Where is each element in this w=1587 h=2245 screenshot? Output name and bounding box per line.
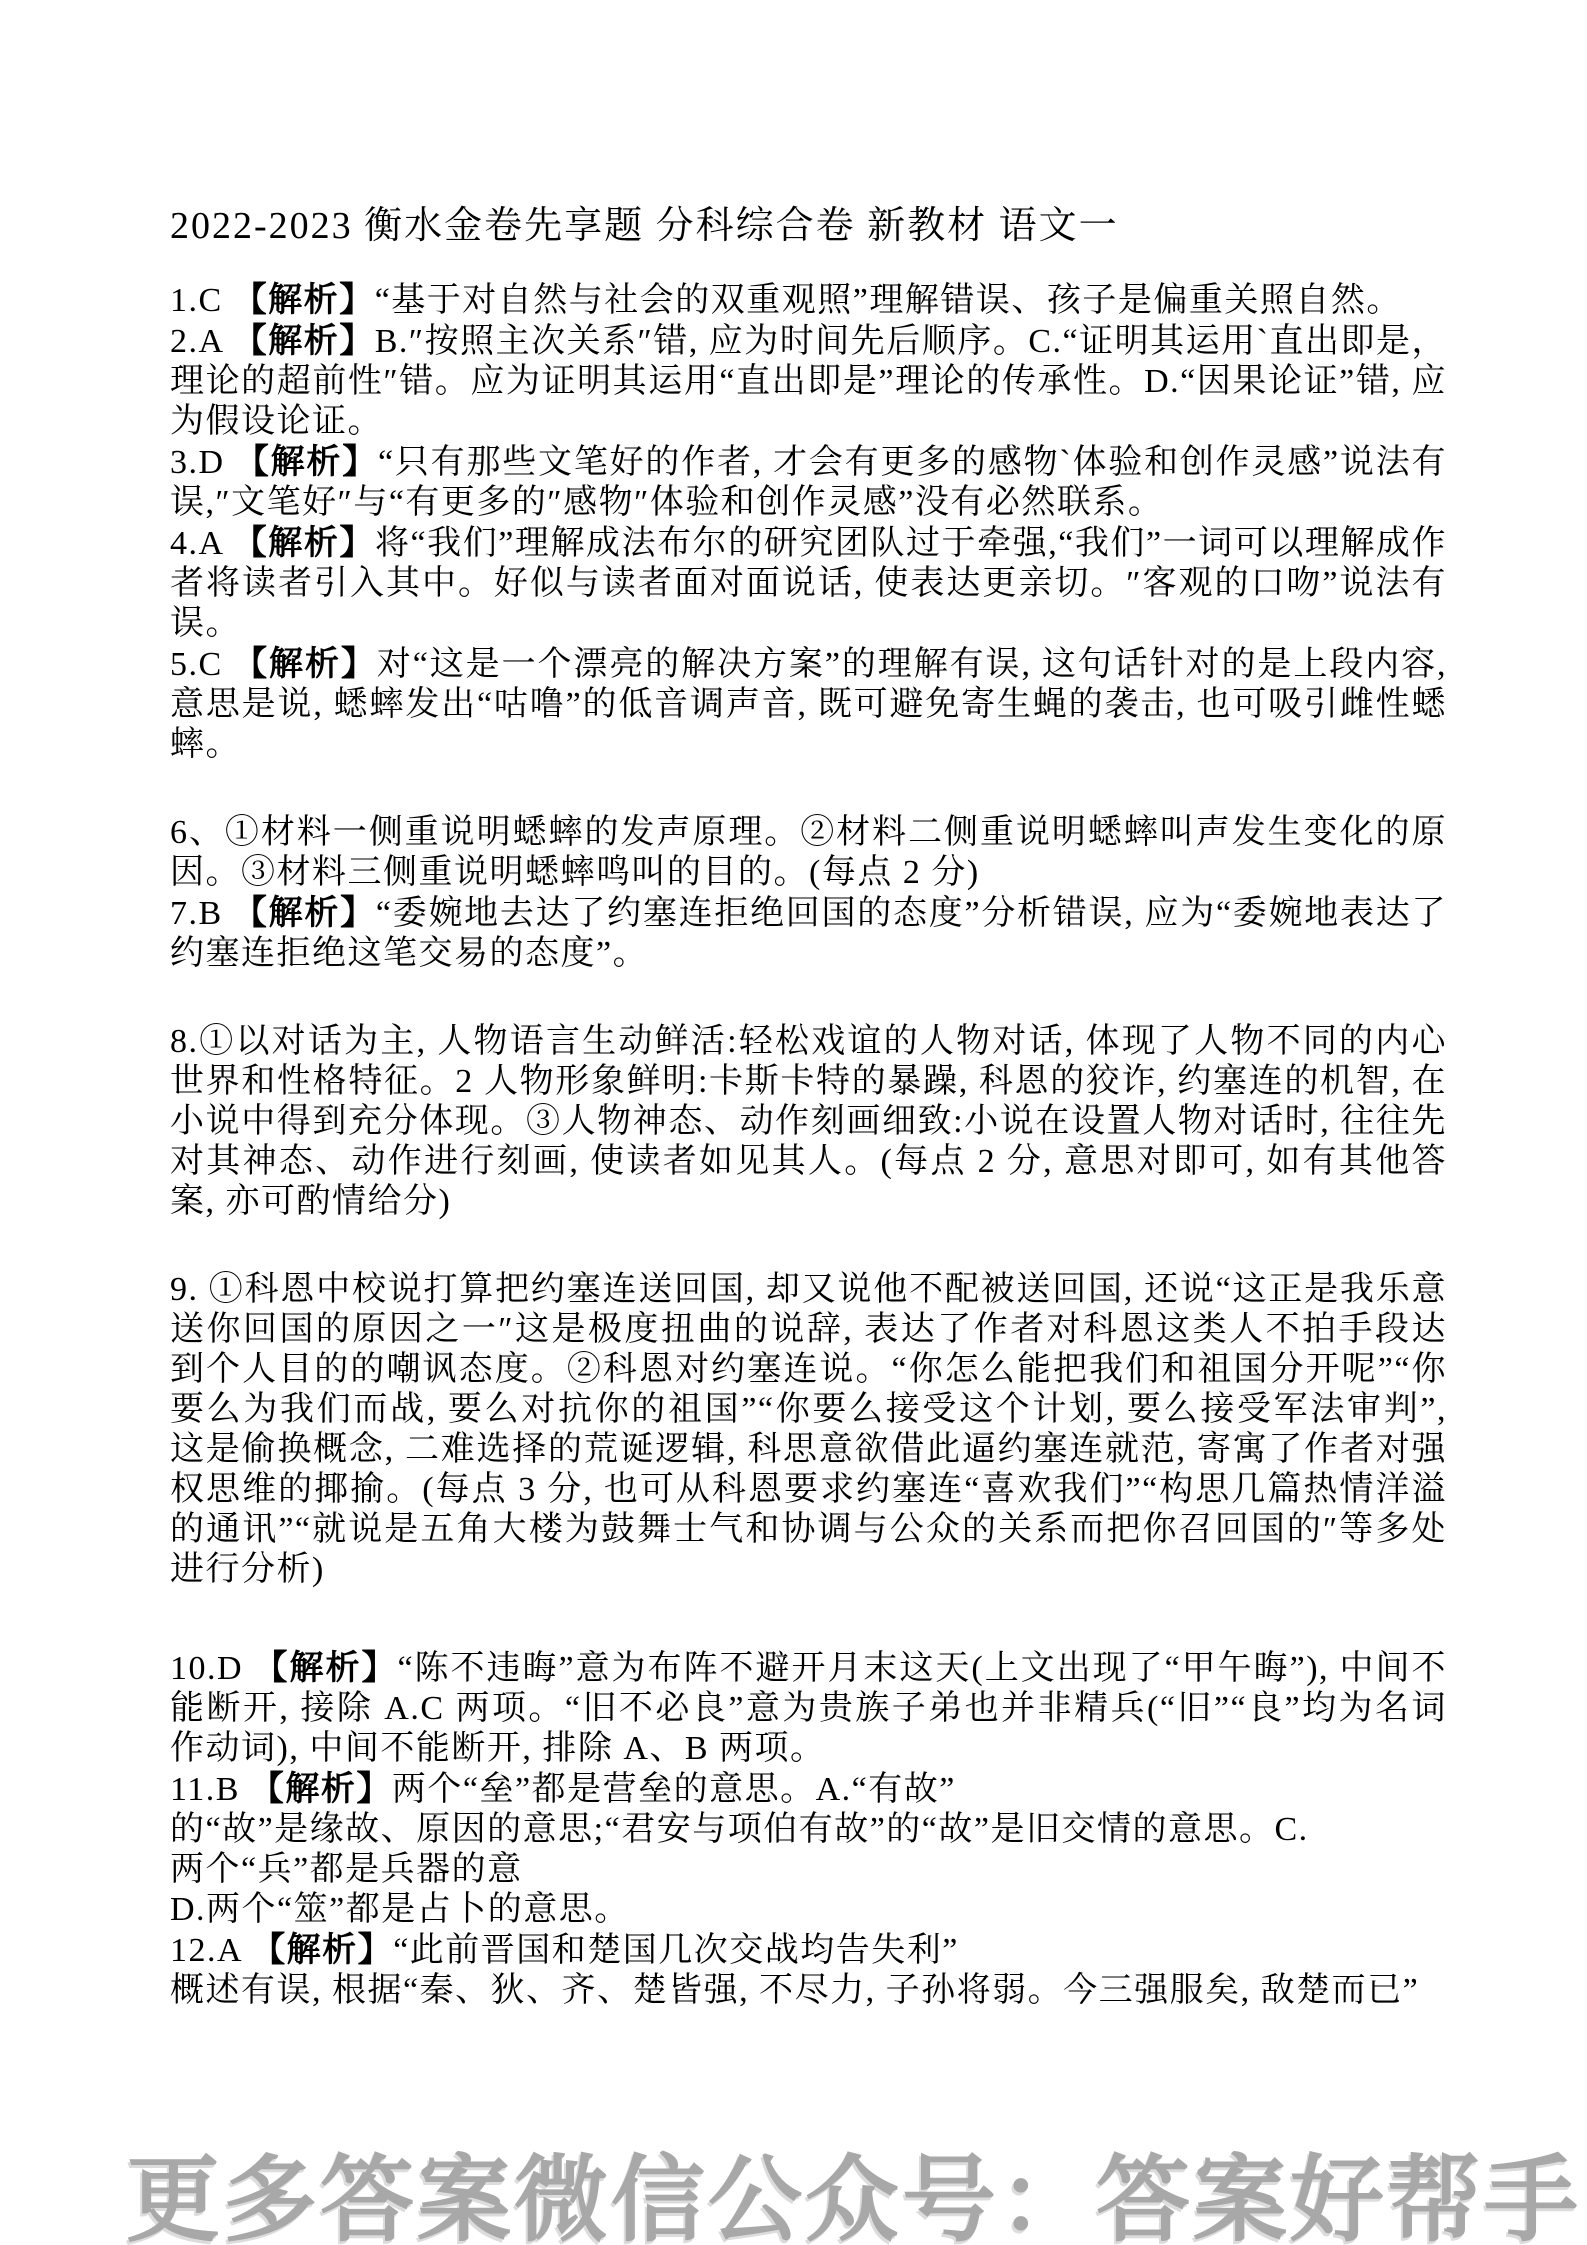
answer-11-line2: 的“故”是缘故、原因的意思;“君安与项伯有故”的“故”是旧交情的意思。C.	[170, 1810, 1447, 1850]
watermark-wechat-banner: 更多答案微信公众号：答案好帮手	[126, 2154, 1581, 2245]
answer-12-line1: 12.A 【解析】“此前晋国和楚国几次交战均告失利”	[170, 1930, 1447, 1971]
answer-11-line3: 两个“兵”都是兵器的意	[170, 1850, 1447, 1890]
answer-11-line1: 11.B 【解析】两个“垒”都是营垒的意思。A.“有故”	[170, 1769, 1447, 1810]
answer-3: 3.D 【解析】“只有那些文笔好的作者, 才会有更多的感物`体验和创作灵感”说法…	[170, 442, 1447, 523]
answer-9: 9. ①科恩中校说打算把约塞连送回国, 却又说他不配被送回国, 还说“这正是我乐…	[170, 1270, 1447, 1590]
answer-2: 2.A 【解析】B.″按照主次关系″错, 应为时间先后顺序。C.“证明其运用`直…	[170, 321, 1447, 442]
answer-8: 8.①以对话为主, 人物语言生动鲜活:轻松戏谊的人物对话, 体现了人物不同的内心…	[170, 1022, 1447, 1222]
answer-11-line4: D.两个“筮”都是占卜的意思。	[170, 1890, 1447, 1930]
page-title: 2022-2023 衡水金卷先享题 分科综合卷 新教材 语文一	[170, 202, 1447, 250]
answer-10: 10.D 【解析】“陈不违晦”意为布阵不避开月末这天(上文出现了“甲午晦”), …	[170, 1648, 1447, 1769]
answer-12-line2: 概述有误, 根据“秦、狄、齐、楚皆强, 不尽力, 子孙将弱。今三强服矣, 敌楚而…	[170, 1971, 1447, 2011]
answer-key-content: 2022-2023 衡水金卷先享题 分科综合卷 新教材 语文一 1.C 【解析】…	[170, 202, 1447, 2011]
document-page: 2022-2023 衡水金卷先享题 分科综合卷 新教材 语文一 1.C 【解析】…	[0, 0, 1587, 2245]
answer-7: 7.B 【解析】“委婉地去达了约塞连拒绝回国的态度”分析错误, 应为“委婉地表达…	[170, 893, 1447, 974]
answer-4: 4.A 【解析】将“我们”理解成法布尔的研究团队过于牵强,“我们”一词可以理解成…	[170, 523, 1447, 644]
answer-6: 6、①材料一侧重说明蟋蟀的发声原理。②材料二侧重说明蟋蟀叫声发生变化的原因。③材…	[170, 813, 1447, 893]
answer-1: 1.C 【解析】“基于对自然与社会的双重观照”理解错误、孩子是偏重关照自然。	[170, 280, 1447, 321]
answer-5: 5.C 【解析】对“这是一个漂亮的解决方案”的理解有误, 这句话针对的是上段内容…	[170, 644, 1447, 765]
